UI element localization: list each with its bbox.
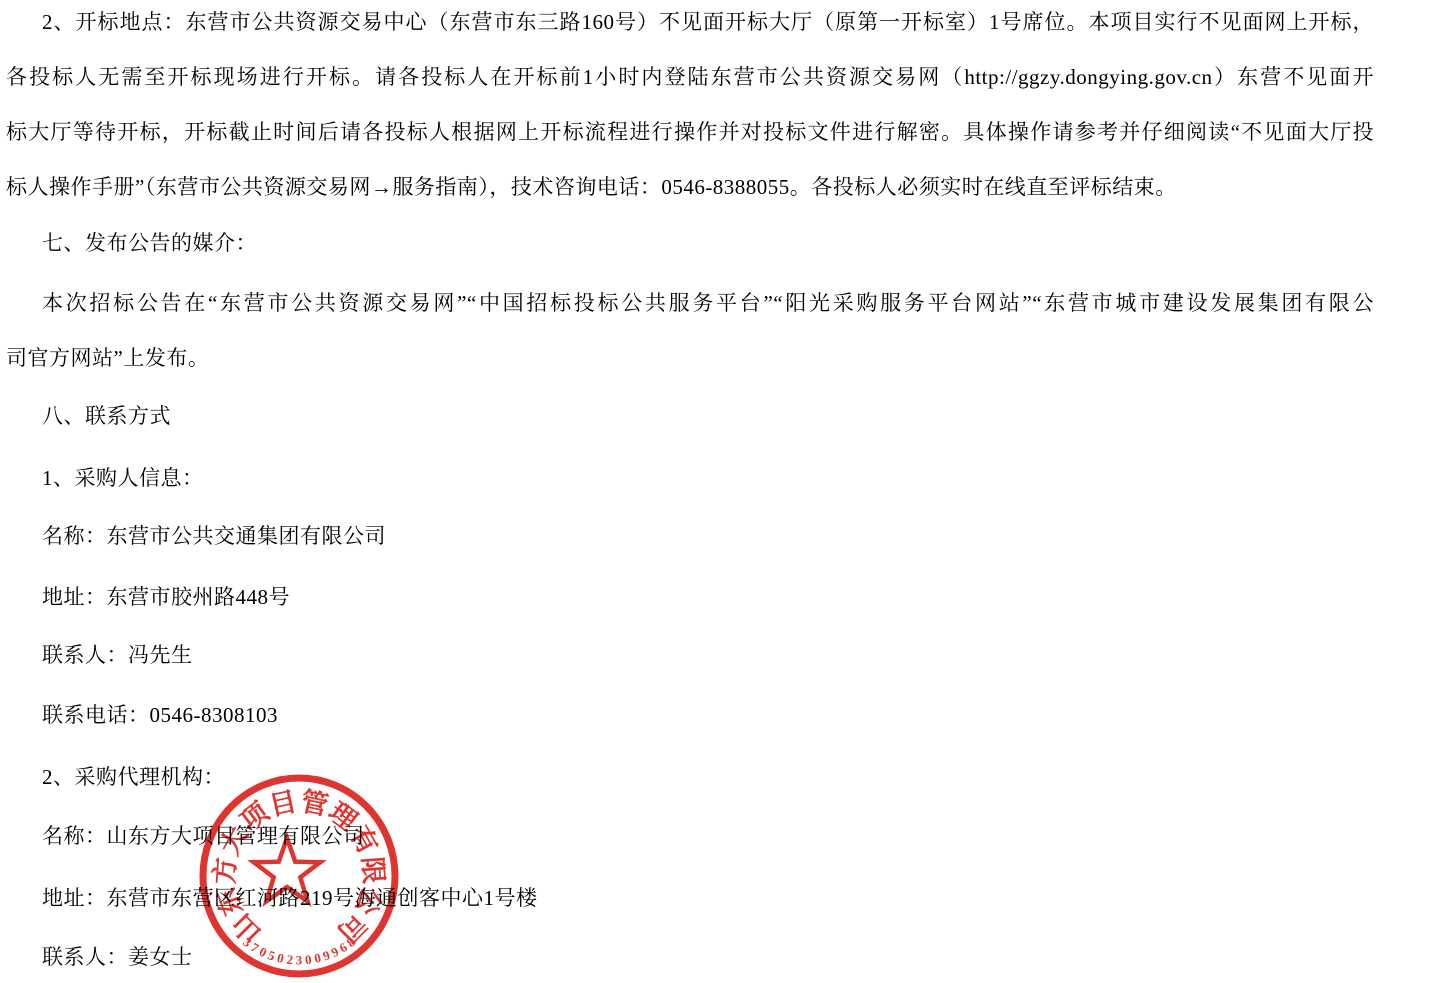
- heading-contact: 八、联系方式: [6, 402, 171, 430]
- purchaser-heading: 1、采购人信息：: [6, 464, 204, 492]
- seal-serial-digit: 3: [296, 953, 303, 968]
- seal-company-char: 目: [267, 786, 300, 821]
- para-bid-opening-line-4: 标人操作手册”（东营市公共资源交易网→服务指南），技术咨询电话：0546-838…: [6, 173, 1177, 201]
- para-bid-opening-line-3: 标大厅等待开标，开标截止时间后请各投标人根据网上开标流程进行操作并对投标文件进行…: [6, 118, 1374, 146]
- agency-heading: 2、采购代理机构：: [6, 763, 225, 791]
- purchaser-phone: 联系电话：0546-8308103: [6, 701, 278, 729]
- seal-company-char: 方: [208, 856, 241, 885]
- heading-media: 七、发布公告的媒介：: [6, 229, 257, 257]
- para-bid-opening-line-2: 各投标人无需至开标现场进行开标。请各投标人在开标前1小时内登陆东营市公共资源交易…: [6, 63, 1374, 91]
- para-media-line-2: 司官方网站”上发布。: [6, 344, 209, 372]
- star-icon: [254, 838, 321, 901]
- seal-company-char: 限: [357, 856, 389, 885]
- purchaser-contact: 联系人：冯先生: [6, 641, 193, 669]
- para-bid-opening-line-1: 2、开标地点：东营市公共资源交易中心（东营市东三路160号）不见面开标大厅（原第…: [6, 8, 1374, 36]
- seal-serial-digit: 0: [304, 952, 312, 968]
- purchaser-name: 名称：东营市公共交通集团有限公司: [6, 522, 386, 550]
- purchaser-address: 地址：东营市胶州路448号: [6, 583, 290, 611]
- official-seal: 山 东 方 大 项 目 管 理 有 限 公 司 3 7 0 5 0 2 3 0 …: [195, 771, 403, 981]
- seal-serial-digit: 0: [276, 950, 286, 966]
- seal-serial-digit: 2: [286, 952, 294, 968]
- para-media-line-1: 本次招标公告在“东营市公共资源交易网”“中国招标投标公共服务平台”“阳光采购服务…: [6, 289, 1374, 317]
- document-page: 2、开标地点：东营市公共资源交易中心（东营市东三路160号）不见面开标大厅（原第…: [0, 0, 1439, 983]
- agency-contact: 联系人：姜女士: [6, 943, 193, 971]
